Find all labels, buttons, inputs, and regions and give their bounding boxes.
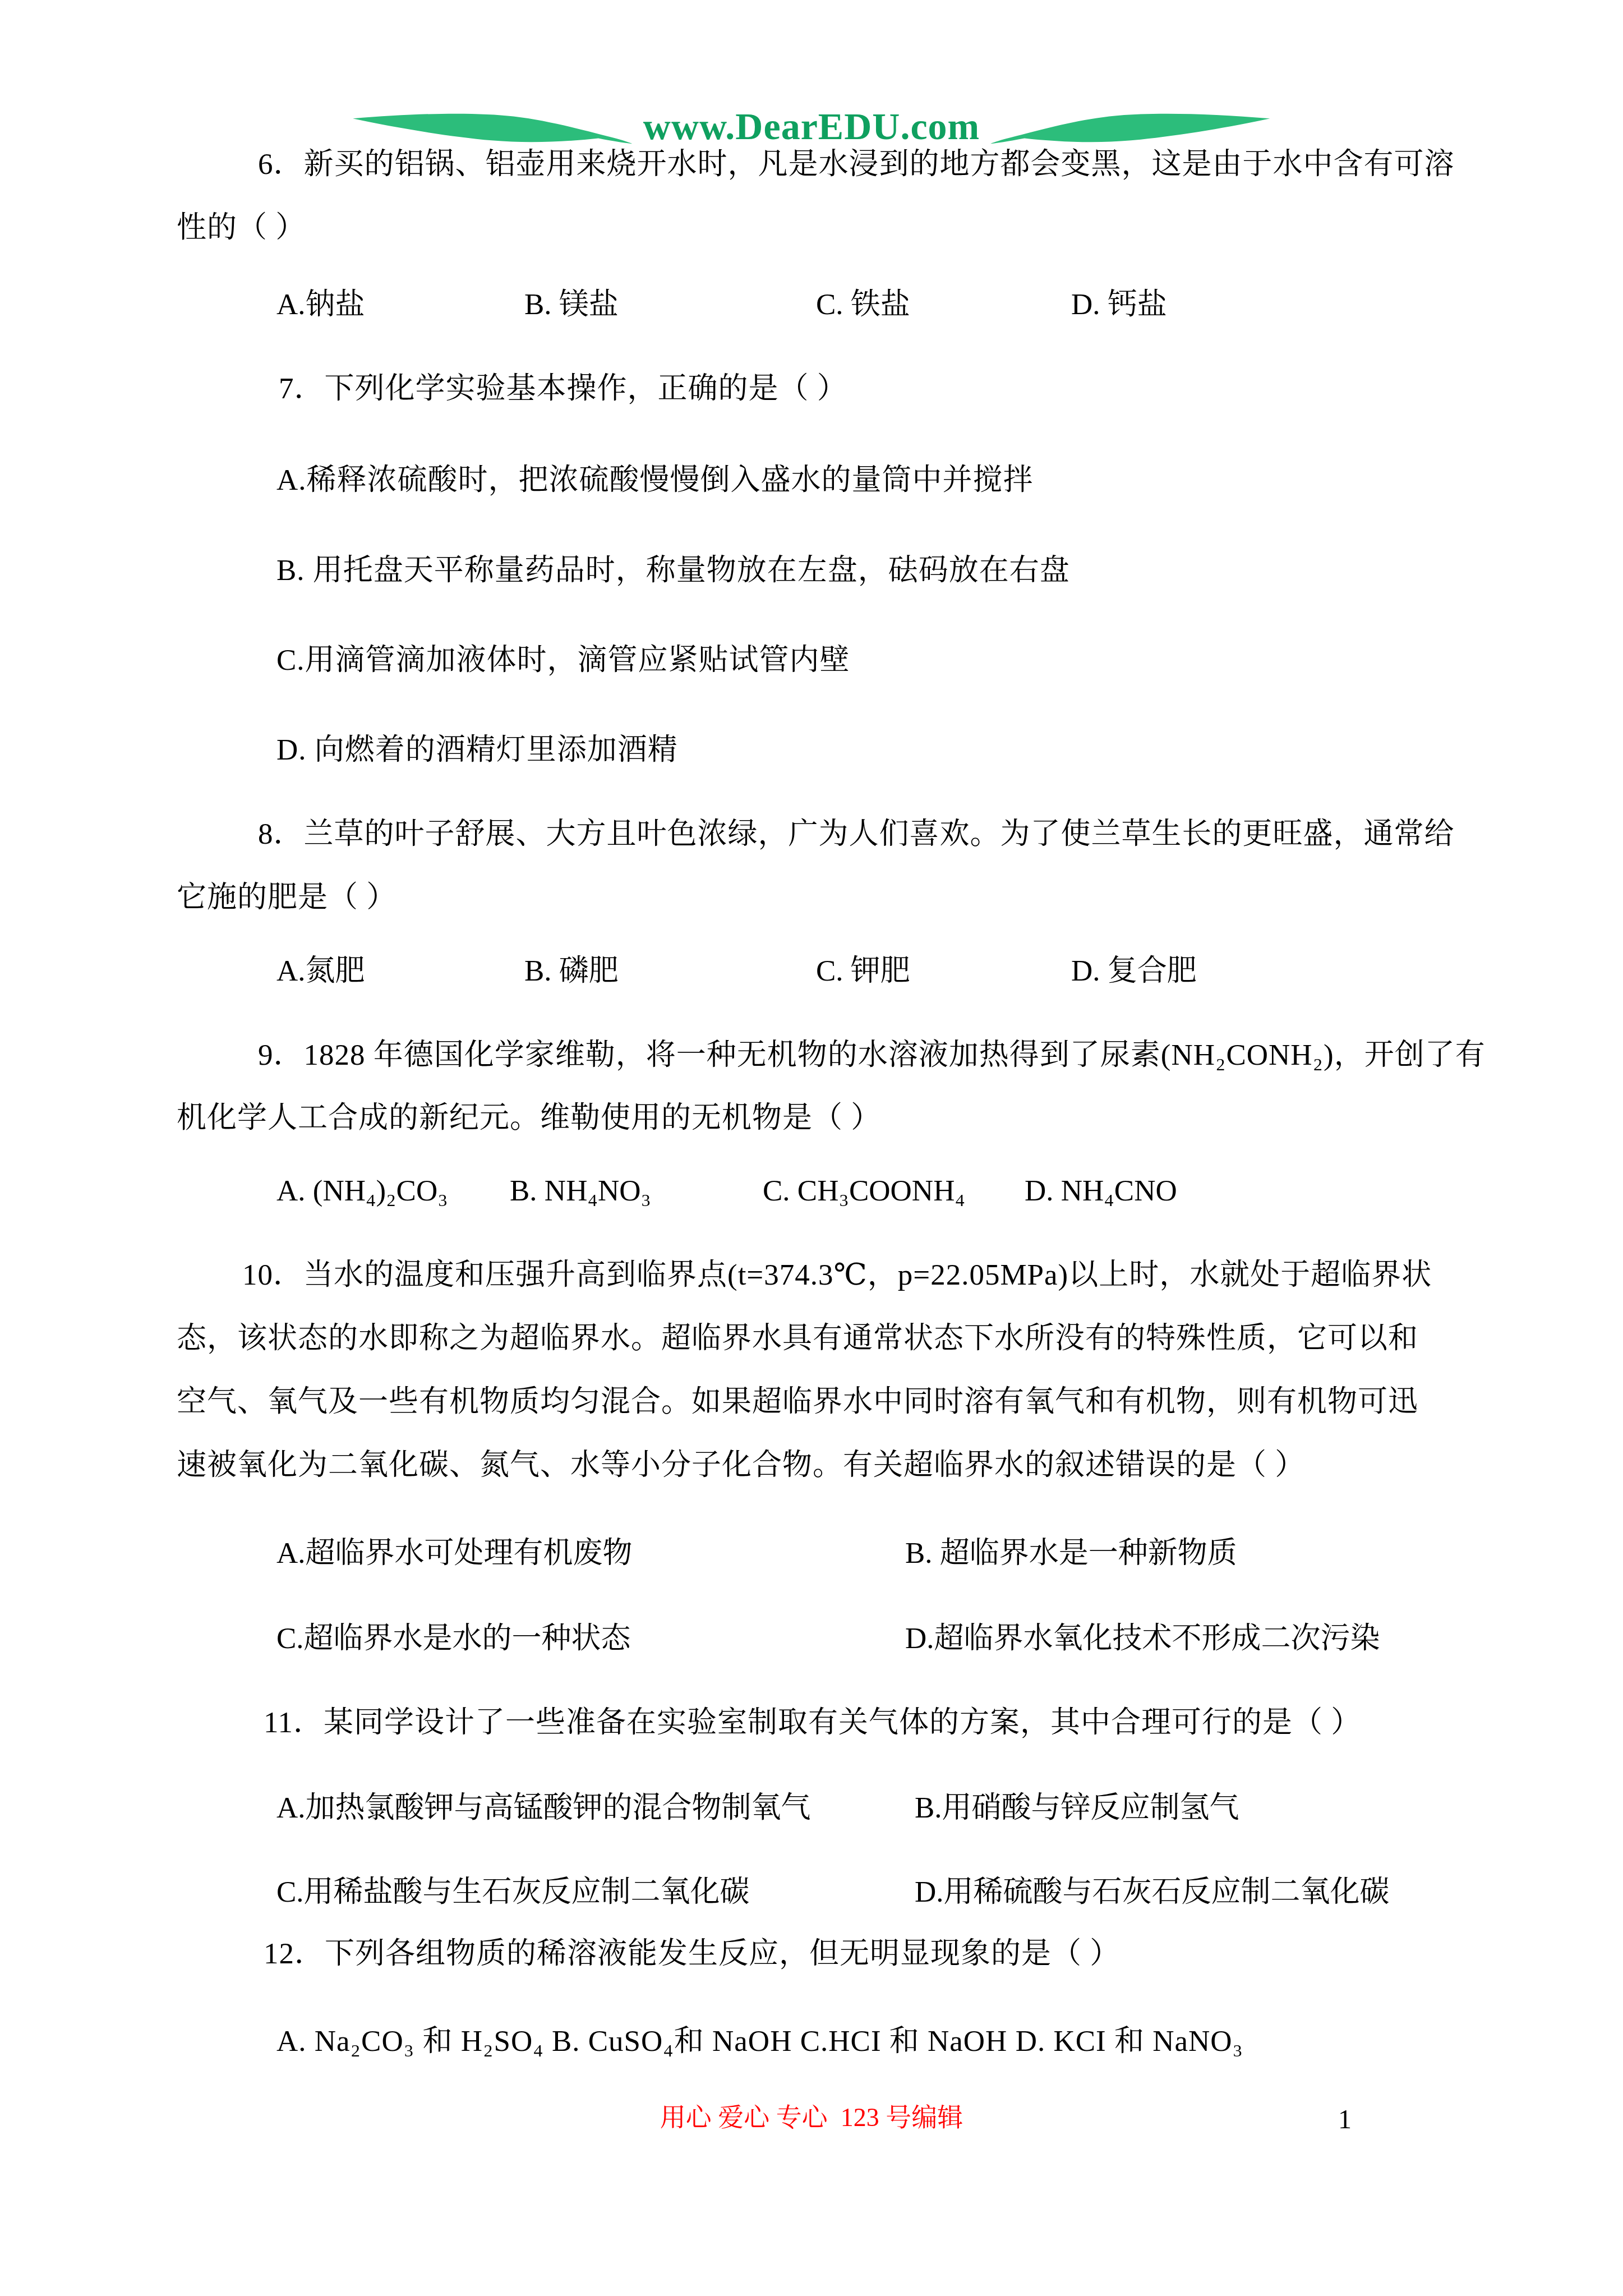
q11-option-d: D.用稀硫酸与石灰石反应制二氧化碳: [915, 1875, 1390, 1910]
q9-line-1: 9．1828 年德国化学家维勒，将一种无机物的水溶液加热得到了尿素(NH₂CON…: [258, 1038, 1486, 1073]
q12-options-line: A. Na₂CO₃ 和 H₂SO₄ B. CuSO₄和 NaOH C.HCI 和…: [276, 2024, 1243, 2059]
q10-option-c: C.超临界水是水的一种状态: [276, 1621, 631, 1656]
q10-line-3: 空气、氧气及一些有机物质均匀混合。如果超临界水中同时溶有氧气和有机物，则有机物可…: [177, 1384, 1418, 1419]
q7-option-a: A.稀释浓硫酸时，把浓硫酸慢慢倒入盛水的量筒中并搅拌: [276, 463, 1034, 498]
logo-text: www.DearEDU.com: [643, 106, 980, 146]
q10-line-2: 态，该状态的水即称之为超临界水。超临界水具有通常状态下水所没有的特殊性质，它可以…: [177, 1321, 1418, 1356]
q6-option-d: D. 钙盐: [1071, 287, 1167, 322]
q6-option-c: C. 铁盐: [816, 287, 910, 322]
q6-line-2: 性的（ ）: [177, 210, 306, 245]
page-number: 1: [1338, 2105, 1352, 2135]
q6-options-row: A.钠盐 B. 镁盐 C. 铁盐 D. 钙盐: [0, 287, 1623, 322]
logo-swoosh-right-icon: [988, 104, 1275, 148]
q10-line-4: 速被氧化为二氧化碳、氮气、水等小分子化合物。有关超临界水的叙述错误的是（ ）: [177, 1448, 1305, 1483]
q8-option-a: A.氮肥: [276, 954, 365, 988]
q11-option-a: A.加热氯酸钾与高锰酸钾的混合物制氧气: [276, 1791, 811, 1825]
q10-option-a: A.超临界水可处理有机废物: [276, 1536, 633, 1571]
q7-stem: 7．下列化学实验基本操作，正确的是（ ）: [279, 371, 847, 406]
q9-option-c: C. CH₃COONH₄: [763, 1174, 965, 1208]
q8-line-2: 它施的肥是（ ）: [177, 880, 396, 915]
q11-options-row-1: A.加热氯酸钾与高锰酸钾的混合物制氧气 B.用硝酸与锌反应制氢气: [0, 1791, 1623, 1825]
q6-line-1: 6．新买的铝锅、铝壶用来烧开水时，凡是水浸到的地方都会变黑，这是由于水中含有可溶: [258, 147, 1455, 182]
site-logo: www.DearEDU.com: [348, 104, 1275, 148]
q6-option-b: B. 镁盐: [524, 287, 619, 322]
q10-option-d: D.超临界水氧化技术不形成二次污染: [905, 1621, 1380, 1656]
q10-options-row-1: A.超临界水可处理有机废物 B. 超临界水是一种新物质: [0, 1536, 1623, 1571]
q8-options-row: A.氮肥 B. 磷肥 C. 钾肥 D. 复合肥: [0, 954, 1623, 988]
exam-page: www.DearEDU.com 6．新买的铝锅、铝壶用来烧开水时，凡是水浸到的地…: [0, 0, 1623, 2296]
q11-option-b: B.用硝酸与锌反应制氢气: [915, 1791, 1239, 1825]
q9-option-a: A. (NH₄)₂CO₃: [276, 1174, 448, 1208]
q8-line-1: 8．兰草的叶子舒展、大方且叶色浓绿，广为人们喜欢。为了使兰草生长的更旺盛，通常给: [258, 817, 1455, 852]
logo-swoosh-left-icon: [348, 104, 635, 148]
q12-stem: 12．下列各组物质的稀溶液能发生反应，但无明显现象的是（ ）: [264, 1936, 1120, 1971]
q11-stem: 11．某同学设计了一些准备在实验室制取有关气体的方案，其中合理可行的是（ ）: [264, 1705, 1361, 1740]
q10-options-row-2: C.超临界水是水的一种状态 D.超临界水氧化技术不形成二次污染: [0, 1621, 1623, 1656]
q8-option-c: C. 钾肥: [816, 954, 910, 988]
q9-option-b: B. NH₄NO₃: [510, 1174, 651, 1208]
q7-option-d: D. 向燃着的酒精灯里添加酒精: [276, 733, 678, 767]
q11-option-c: C.用稀盐酸与生石灰反应制二氧化碳: [276, 1875, 750, 1910]
q9-option-d: D. NH₄CNO: [1025, 1174, 1177, 1208]
q7-option-b: B. 用托盘天平称量药品时，称量物放在左盘，砝码放在右盘: [276, 553, 1070, 588]
q9-options-row: A. (NH₄)₂CO₃ B. NH₄NO₃ C. CH₃COONH₄ D. N…: [0, 1174, 1623, 1208]
q6-option-a: A.钠盐: [276, 287, 365, 322]
q7-option-c: C.用滴管滴加液体时，滴管应紧贴试管内壁: [276, 643, 850, 678]
q10-option-b: B. 超临界水是一种新物质: [905, 1536, 1237, 1571]
q9-line-2: 机化学人工合成的新纪元。维勒使用的无机物是（ ）: [177, 1101, 881, 1135]
q11-options-row-2: C.用稀盐酸与生石灰反应制二氧化碳 D.用稀硫酸与石灰石反应制二氧化碳: [0, 1875, 1623, 1910]
q8-option-d: D. 复合肥: [1071, 954, 1197, 988]
q8-option-b: B. 磷肥: [524, 954, 619, 988]
footer-note: 用心 爱心 专心 123 号编辑: [0, 2102, 1623, 2133]
q10-line-1: 10．当水的温度和压强升高到临界点(t=374.3℃，p=22.05MPa)以上…: [242, 1258, 1432, 1292]
